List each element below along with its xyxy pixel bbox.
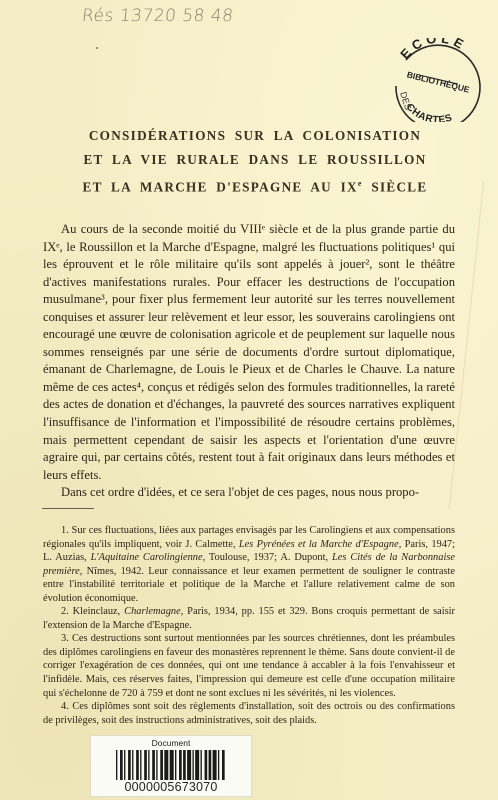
- barcode-title: Document: [91, 738, 251, 748]
- footnote-text: Ces diplômes sont soit des règlements d'…: [43, 701, 455, 726]
- title-line-1: CONSIDÉRATIONS SUR LA COLONISATION: [0, 124, 498, 148]
- library-stamp: ECOLE BIBLIOTHÈQUE DES CHARTES: [386, 38, 490, 122]
- footnote-separator: [42, 508, 94, 509]
- body-text: Au cours de la seconde moitié du VIIIᵉ s…: [43, 221, 455, 502]
- ink-speck: [96, 47, 98, 49]
- barcode-number: 0000005673070: [91, 780, 251, 794]
- title-line-2: ET LA VIE RURALE DANS LE ROUSSILLON: [0, 148, 498, 172]
- article-title: CONSIDÉRATIONS SUR LA COLONISATION ET LA…: [0, 124, 498, 199]
- svg-text:ECOLE: ECOLE: [397, 38, 469, 62]
- stamp-top-text: ECOLE: [397, 38, 469, 62]
- footnote-1: 1. Sur ces fluctuations, liées aux parta…: [43, 524, 455, 605]
- footnote-text: Kleinclauz, Charlemagne, Paris, 1934, pp…: [43, 606, 455, 631]
- title-line-3-text: ET LA MARCHE D'ESPAGNE AU IX: [82, 179, 357, 194]
- footnote-number: 3.: [61, 633, 69, 644]
- footnote-4: 4. Ces diplômes sont soit des règlements…: [43, 700, 455, 727]
- footnote-number: 2.: [61, 606, 69, 617]
- footnote-number: 1.: [61, 525, 69, 536]
- body-paragraph-1: Au cours de la seconde moitié du VIIIᵉ s…: [43, 221, 455, 484]
- title-line-3-suffix: SIÈCLE: [363, 179, 428, 194]
- handwritten-catalog-mark: Rés 13720 58 48: [81, 6, 235, 26]
- barcode-label: Document 0000005673070: [90, 735, 252, 797]
- footnotes: 1. Sur ces fluctuations, liées aux parta…: [43, 524, 455, 727]
- footnote-text: Ces destructions sont surtout mentionnée…: [43, 633, 455, 698]
- footnote-number: 4.: [61, 701, 69, 712]
- footnote-2: 2. Kleinclauz, Charlemagne, Paris, 1934,…: [43, 605, 455, 632]
- title-line-3: ET LA MARCHE D'ESPAGNE AU IXe SIÈCLE: [0, 172, 498, 199]
- footnote-text: Sur ces fluctuations, liées aux partages…: [43, 525, 455, 604]
- footnote-3: 3. Ces destructions sont surtout mention…: [43, 632, 455, 700]
- stamp-middle-text: BIBLIOTHÈQUE: [406, 69, 471, 94]
- body-paragraph-2: Dans cet ordre d'idées, et ce sera l'obj…: [43, 484, 455, 502]
- barcode-icon: [116, 750, 226, 780]
